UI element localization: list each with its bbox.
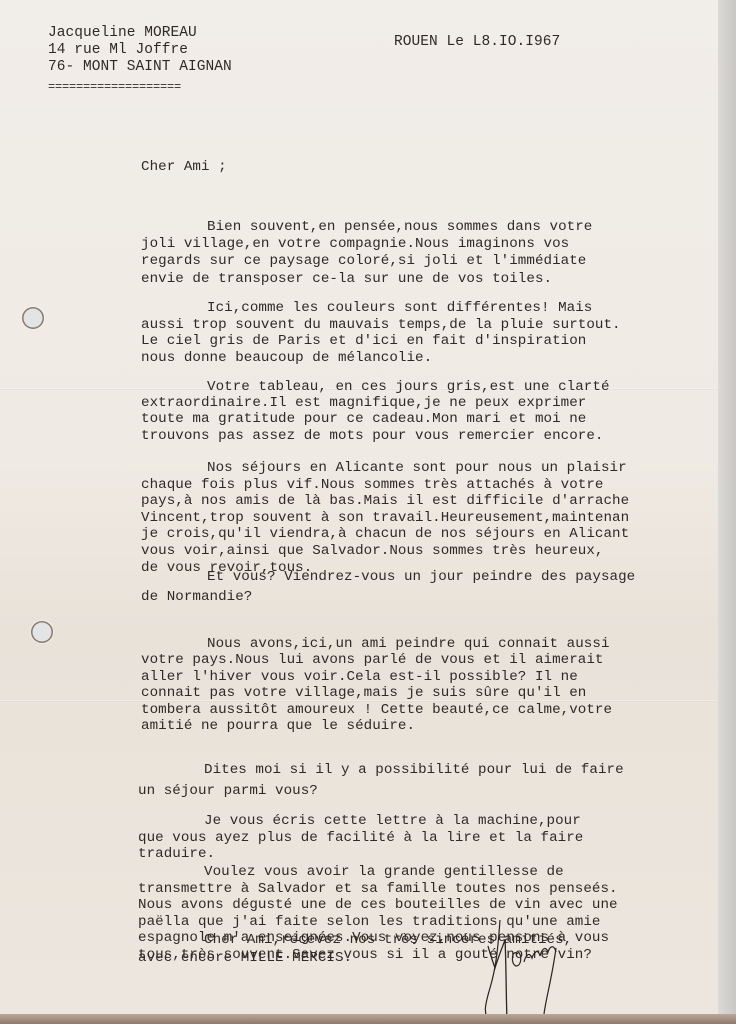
text-line: pays,à nos amis de là bas.Mais il est di… — [141, 493, 629, 510]
text-line: toute ma gratitude pour ce cadeau.Mon ma… — [141, 411, 610, 427]
date-line: ROUEN Le L8.IO.I967 — [394, 34, 560, 51]
text-line: Dites moi si il y a possibilité pour lui… — [138, 760, 624, 781]
address-underline: =================== — [48, 79, 181, 96]
text-line: amitié ne pourra que le séduire. — [141, 718, 612, 734]
text-line: Le ciel gris de Paris et d'ici en fait d… — [141, 333, 621, 350]
letter-paper: Jacqueline MOREAU 14 rue Ml Joffre 76- M… — [0, 0, 718, 1014]
handwritten-signature — [460, 918, 580, 1024]
sender-street: 14 rue Ml Joffre — [48, 42, 188, 58]
text-line: Bien souvent,en pensée,nous sommes dans … — [141, 219, 592, 236]
text-line: nous donne beaucoup de mélancolie. — [141, 350, 621, 367]
text-line: un séjour parmi vous? — [138, 781, 624, 802]
text-line: aller l'hiver vous voir.Cela est-il poss… — [141, 669, 612, 685]
text-line: envie de transposer ce-la sur une de vos… — [141, 271, 592, 288]
text-line: joli village,en votre compagnie.Nous ima… — [141, 236, 592, 253]
text-line: Et vous? Viendrez-vous un jour peindre d… — [141, 567, 635, 587]
text-line: Je vous écris cette lettre à la machine,… — [138, 813, 583, 830]
paragraph: Votre tableau, en ces jours gris,est une… — [141, 379, 610, 444]
sender-name: Jacqueline MOREAU — [48, 25, 197, 41]
table-surface — [0, 1014, 736, 1024]
punch-hole — [22, 307, 44, 329]
paragraph: Ici,comme les couleurs sont différentes!… — [141, 300, 621, 366]
text-line: de Normandie? — [141, 587, 635, 607]
paragraph: Et vous? Viendrez-vous un jour peindre d… — [141, 567, 635, 607]
text-line: Nos séjours en Alicante sont pour nous u… — [141, 460, 629, 477]
text-line: transmettre à Salvador et sa famille tou… — [138, 881, 618, 898]
text-line: regards sur ce paysage coloré,si joli et… — [141, 253, 592, 270]
text-line: Nous avons dégusté une de ces bouteilles… — [138, 897, 618, 914]
paragraph: Je vous écris cette lettre à la machine,… — [138, 813, 583, 863]
text-line: connait pas votre village,mais je suis s… — [141, 685, 612, 701]
text-line: votre pays.Nous lui avons parlé de vous … — [141, 652, 612, 668]
paragraph: Nos séjours en Alicante sont pour nous u… — [141, 460, 629, 576]
paragraph: Dites moi si il y a possibilité pour lui… — [138, 760, 624, 801]
text-line: tombera aussitôt amoureux ! Cette beauté… — [141, 702, 612, 718]
text-line: je crois,qu'il viendra,à chacun de nos s… — [141, 526, 629, 543]
punch-hole — [31, 621, 53, 643]
text-line: Votre tableau, en ces jours gris,est une… — [141, 379, 610, 395]
paragraph: Bien souvent,en pensée,nous sommes dans … — [141, 219, 592, 288]
text-line: aussi trop souvent du mauvais temps,de l… — [141, 317, 621, 334]
sender-city: 76- MONT SAINT AIGNAN — [48, 59, 232, 75]
background-edge — [718, 0, 736, 1024]
text-line: extraordinaire.Il est magnifique,je ne p… — [141, 395, 610, 411]
text-line: Vincent,trop souvent à son travail.Heure… — [141, 510, 629, 527]
paragraph: Nous avons,ici,un ami peindre qui connai… — [141, 636, 612, 734]
sender-address: Jacqueline MOREAU 14 rue Ml Joffre 76- M… — [48, 25, 232, 75]
greeting: Cher Ami ; — [141, 159, 227, 176]
text-line: chaque fois plus vif.Nous sommes très at… — [141, 477, 629, 494]
text-line: trouvons pas assez de mots pour vous rem… — [141, 428, 610, 444]
text-line: Ici,comme les couleurs sont différentes!… — [141, 300, 621, 317]
text-line: traduire. — [138, 846, 583, 863]
text-line: que vous ayez plus de facilité à la lire… — [138, 830, 583, 847]
text-line: Voulez vous avoir la grande gentillesse … — [138, 864, 618, 881]
text-line: Nous avons,ici,un ami peindre qui connai… — [141, 636, 612, 652]
text-line: vous voir,ainsi que Salvador.Nous sommes… — [141, 543, 629, 560]
